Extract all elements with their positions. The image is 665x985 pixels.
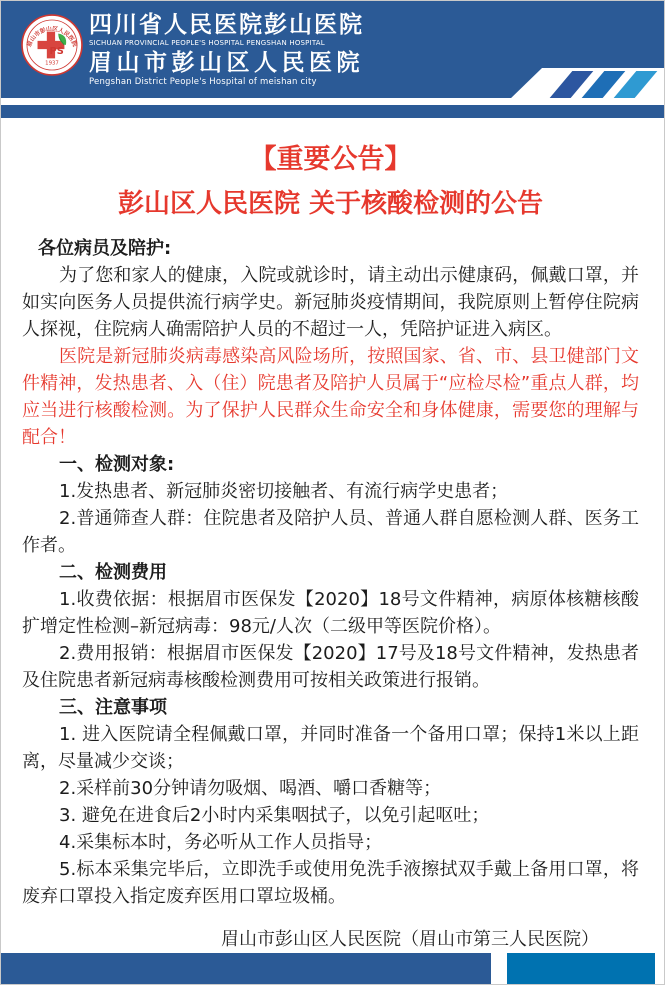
notice-title: 【重要公告】 [22,144,639,176]
hospital-names: 四川省人民医院彭山医院 SICHUAN PROVINCIAL PEOPLE'S … [89,12,364,87]
hospital-name-cn-1: 四川省人民医院彭山医院 [89,12,364,38]
section-3-item-3: 3. 避免在进食后2小时内采集咽拭子，以免引起呕吐； [22,802,639,829]
signature-hospital-name: 眉山市彭山区人民医院（眉山市第三人民医院） [221,925,599,955]
section-1-item-2: 2.普通筛查人群：住院患者及陪护人员、普通人群自愿检测人群、医务工作者。 [22,505,639,559]
section-2-item-1: 1.收费依据：根据眉市医保发【2020】18号文件精神，病原体核糖核酸扩增定性检… [22,586,639,640]
section-1-heading: 一、检测对象: [22,451,639,478]
intro-paragraph: 为了您和家人的健康，入院或就诊时，请主动出示健康码，佩戴口罩，并如实向医务人员提… [22,262,639,343]
section-2-item-2: 2.费用报销：根据眉市医保发【2020】17号及18号文件精神，发热患者及住院患… [22,640,639,694]
notice-body: 各位病员及陪护: 为了您和家人的健康，入院或就诊时，请主动出示健康码，佩戴口罩，… [22,235,639,910]
hospital-logo-icon: 眉山市彭山区人民医院 PS 1937 [21,14,83,76]
hospital-name-cn-2: 眉山市彭山区人民医院 [89,50,364,76]
logo-year: 1937 [45,61,59,67]
header-accent-bar [1,105,664,118]
hospital-name-en-2: Pengshan District People's Hospital of m… [89,77,364,87]
red-emphasis-paragraph: 医院是新冠肺炎病毒感染高风险场所，按照国家、省、市、县卫健部门文件精神，发热患者… [22,343,639,451]
notice-page: 眉山市彭山区人民医院 PS 1937 四川省人民医院彭山医院 SICHUAN P… [0,0,665,985]
bottom-bar-dark-blue [1,953,491,984]
notice-subtitle: 彭山区人民医院 关于核酸检测的公告 [22,189,639,220]
section-1-item-1: 1.发热患者、新冠肺炎密切接触者、有流行病学史患者； [22,478,639,505]
section-3-item-5: 5.标本采集完毕后，立即洗手或使用免洗手液擦拭双手戴上备用口罩，将废弃口罩投入指… [22,856,639,910]
bottom-decoration [1,953,665,984]
section-3-item-2: 2.采样前30分钟请勿吸烟、喝酒、嚼口香糖等； [22,775,639,802]
salutation: 各位病员及陪护: [22,235,639,262]
hospital-header: 眉山市彭山区人民医院 PS 1937 四川省人民医院彭山医院 SICHUAN P… [1,1,664,98]
bottom-bar-bright-blue [507,953,655,984]
logo-monogram: PS [50,46,64,57]
hospital-name-en-1: SICHUAN PROVINCIAL PEOPLE'S HOSPITAL PEN… [89,39,364,48]
section-3-item-1: 1. 进入医院请全程佩戴口罩，并同时准备一个备用口罩；保持1米以上距离，尽量减少… [22,721,639,775]
notice-content: 【重要公告】 彭山区人民医院 关于核酸检测的公告 各位病员及陪护: 为了您和家人… [1,144,664,985]
section-2-heading: 二、检测费用 [22,559,639,586]
section-3-item-4: 4.采集标本时，务必听从工作人员指导； [22,829,639,856]
section-3-heading: 三、注意事项 [22,694,639,721]
